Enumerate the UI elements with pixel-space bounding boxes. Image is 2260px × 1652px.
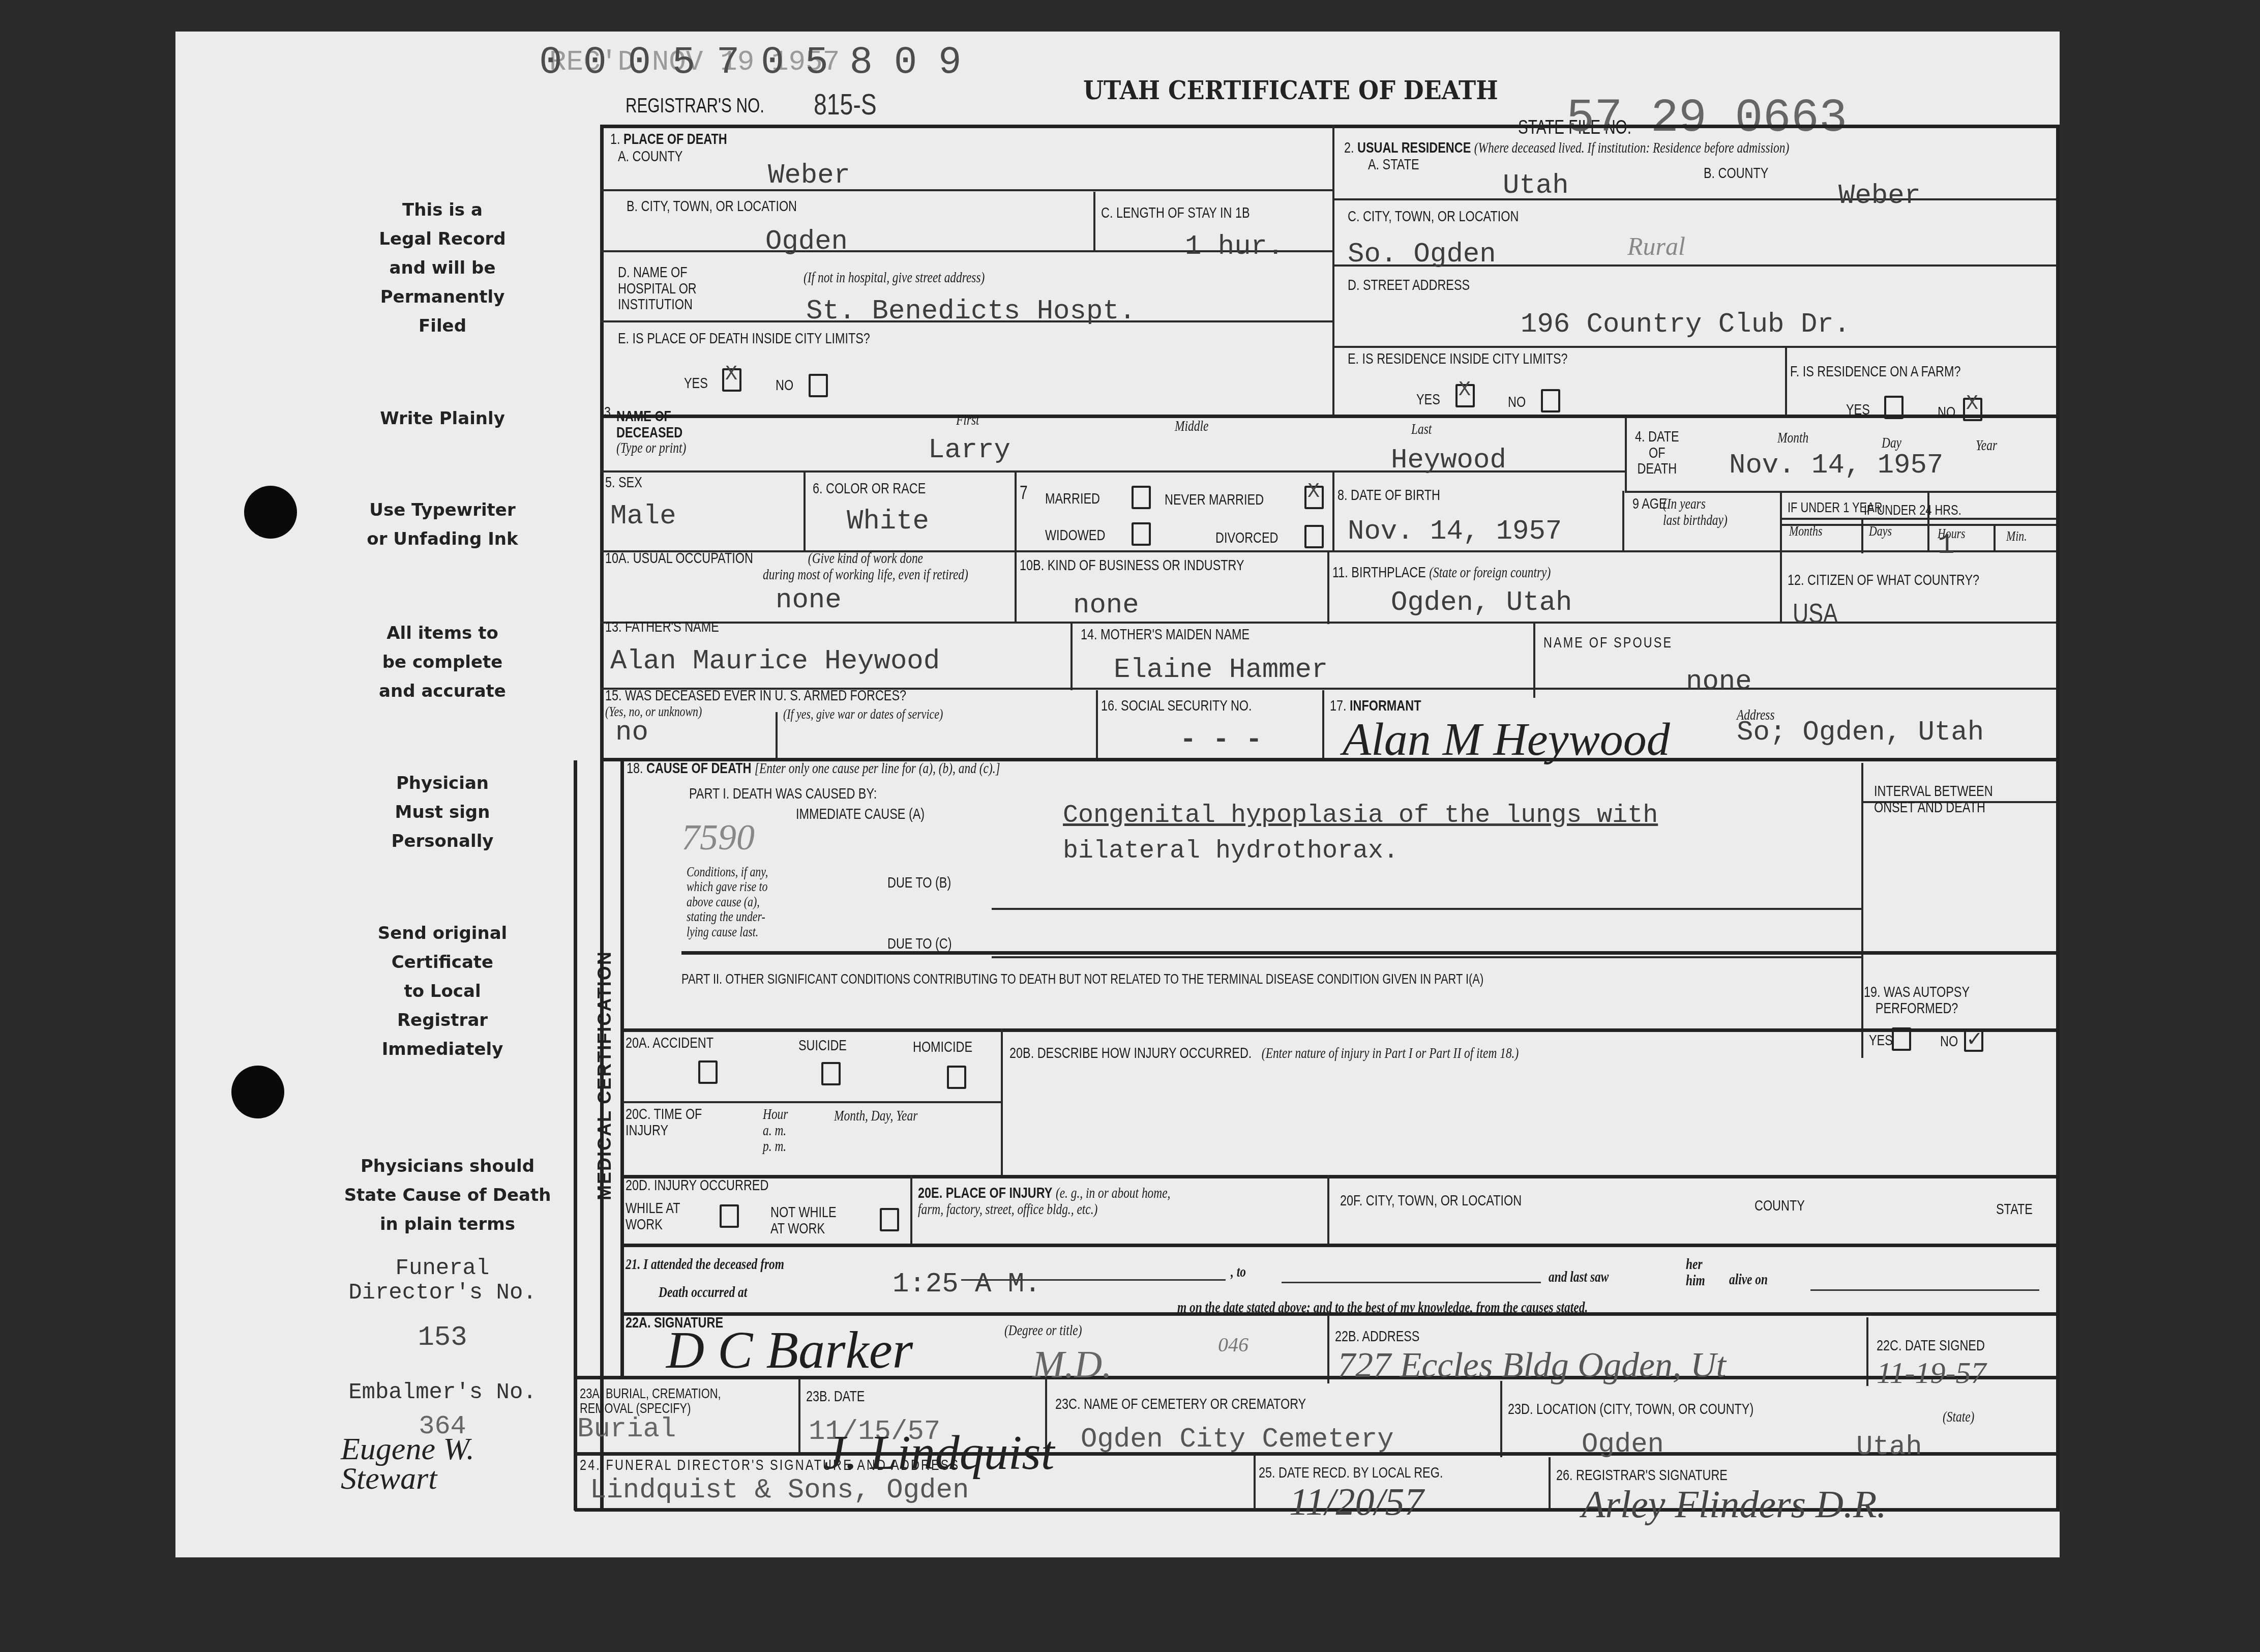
immediate-cause-line2: bilateral hydrothorax. xyxy=(1063,837,1399,866)
item11-label: 11. BIRTHPLACE (State or foreign country… xyxy=(1332,565,1551,581)
item6-label: 6. COLOR OR RACE xyxy=(813,481,926,497)
item3-label: 3. xyxy=(604,404,614,421)
item7-never-married-label: NEVER MARRIED xyxy=(1165,492,1264,508)
item21-death-occurred-label: Death occurred at xyxy=(659,1284,747,1301)
armed-forces-value: no xyxy=(615,717,648,748)
widowed-checkbox[interactable] xyxy=(1132,522,1151,546)
item2-inside-limits-no-checkbox[interactable] xyxy=(1541,389,1560,412)
item22b-label: 22b. ADDRESS xyxy=(1335,1329,1419,1345)
item2-farm-no-label: NO xyxy=(1938,404,1955,421)
item15-label: 15. WAS DECEASED EVER IN U. S. ARMED FOR… xyxy=(605,688,906,704)
item4-month-label: Month xyxy=(1777,430,1808,446)
item18-interval-label: INTERVAL BETWEEN ONSET AND DEATH xyxy=(1874,783,1993,815)
item20f-state-label: STATE xyxy=(1996,1201,2033,1218)
mother-maiden-name-value: Elaine Hammer xyxy=(1114,655,1328,686)
item22a-degree-label: (Degree or title) xyxy=(1004,1322,1082,1339)
note-legal-record: This is a Legal Record and will be Perma… xyxy=(315,196,570,341)
informant-address-value: So; Ogden, Utah xyxy=(1737,717,1984,748)
item18-due-b-label: DUE TO (b) xyxy=(887,875,951,891)
item1-inside-limits-label: e. IS PLACE OF DEATH INSIDE CITY LIMITS? xyxy=(618,331,870,347)
item9-months-label: Months xyxy=(1789,524,1823,539)
registrar-signature: Arley Flinders D.R. xyxy=(1582,1483,1886,1527)
note-write-plainly: Write Plainly xyxy=(315,404,570,433)
item1-city-value: Ogden xyxy=(765,226,848,257)
physician-degree-note: 046 xyxy=(1218,1333,1248,1356)
registrars-no-label: REGISTRAR'S NO. xyxy=(626,95,764,116)
item2-farm-yes-checkbox[interactable] xyxy=(1884,396,1904,419)
item21-her-him-label: her him xyxy=(1686,1256,1705,1288)
item1-county-value: Weber xyxy=(768,160,850,191)
note-all-items: All items to be complete and accurate xyxy=(315,619,570,706)
note-use-typewriter: Use Typewriter or Unfading Ink xyxy=(315,496,570,554)
item1-yes-label: YES xyxy=(684,375,708,392)
funeral-director-signature: J. Lindquist xyxy=(824,1424,1054,1481)
item5-label: 5. SEX xyxy=(605,475,642,491)
item16-label: 16. SOCIAL SECURITY NO. xyxy=(1101,698,1252,714)
item2-city-label: c. CITY, TOWN, OR LOCATION xyxy=(1348,209,1519,225)
item10a-label: 10a. USUAL OCCUPATION xyxy=(605,550,753,567)
autopsy-yes-checkbox[interactable] xyxy=(1892,1027,1911,1051)
divorced-checkbox[interactable] xyxy=(1304,525,1324,548)
item9-label-hint: (In years last birthday) xyxy=(1663,496,1728,528)
item20-homicide-label: HOMICIDE xyxy=(913,1039,972,1055)
autopsy-no-checkbox[interactable] xyxy=(1964,1028,1983,1052)
item23d-label: 23d. LOCATION (City, town, or county) xyxy=(1508,1401,1753,1418)
spouse-label: NAME OF SPOUSE xyxy=(1543,635,1673,651)
item19-label: 19. WAS AUTOPSY PERFORMED? xyxy=(1864,984,1970,1016)
item18-conditions-hint: Conditions, if any, which gave rise to a… xyxy=(687,865,768,939)
item10a-hint: (Give kind of work done during most of w… xyxy=(763,550,968,582)
item2-inside-yes-label: YES xyxy=(1416,392,1440,408)
item2-street-label: d. STREET ADDRESS xyxy=(1348,277,1470,293)
item7-divorced-label: DIVORCED xyxy=(1215,530,1278,546)
cause-code: 7590 xyxy=(681,816,755,859)
item20f-county-label: COUNTY xyxy=(1755,1198,1805,1214)
item18-due-c-label: DUE TO (c) xyxy=(887,936,952,952)
never-married-checkbox[interactable] xyxy=(1304,486,1324,509)
item20c-mdy-label: Month, Day, Year xyxy=(834,1108,917,1124)
item2-city-note: Rural xyxy=(1627,231,1685,261)
item20d-not-while-at-work-label: NOT WHILE AT WORK xyxy=(770,1204,837,1236)
item3-first-label: First xyxy=(956,412,979,428)
item1-stay-label: c. LENGTH OF STAY IN 1b xyxy=(1101,205,1250,221)
physician-address: 727 Eccles Bldg Ogden, Ut xyxy=(1337,1345,1726,1386)
date-received-value: 11/20/57 xyxy=(1289,1480,1424,1524)
item2-state-value: Utah xyxy=(1503,170,1569,201)
item18-immediate-label: IMMEDIATE CAUSE (a) xyxy=(796,806,925,822)
item18-part2-label: PART II. OTHER SIGNIFICANT CONDITIONS CO… xyxy=(681,971,1483,986)
date-of-birth-value: Nov. 14, 1957 xyxy=(1348,516,1562,547)
item7-married-label: MARRIED xyxy=(1045,491,1100,507)
age-hours-value: 1 xyxy=(1938,529,1955,562)
punch-hole-top xyxy=(244,486,297,539)
item20a-label: 20a. ACCIDENT xyxy=(626,1035,713,1051)
registrars-no: 815-S xyxy=(814,87,877,122)
item2-farm-no-checkbox[interactable] xyxy=(1963,398,1982,421)
item19-yes-label: YES xyxy=(1869,1032,1893,1049)
item23a-label: 23a. BURIAL, CREMATION, REMOVAL (Specify… xyxy=(580,1386,721,1416)
attended-to-line[interactable] xyxy=(1282,1282,1541,1283)
item3-label-hint: (Type or print) xyxy=(616,440,686,456)
item23c-label: 23c. NAME OF CEMETERY OR CREMATORY xyxy=(1055,1396,1306,1412)
burial-location-state: Utah xyxy=(1856,1432,1922,1463)
item9-under24-label: IF UNDER 24 HRS. xyxy=(1864,503,1961,517)
item2-heading: 2. USUAL RESIDENCE (Where deceased lived… xyxy=(1344,140,1789,156)
item25-label: 25. DATE RECD. BY LOCAL REG. xyxy=(1259,1465,1443,1481)
item2-farm-yes-label: YES xyxy=(1846,402,1870,418)
item2-inside-limits-label: e. IS RESIDENCE INSIDE CITY LIMITS? xyxy=(1348,351,1568,367)
accident-checkbox[interactable] xyxy=(698,1060,718,1084)
item20d-label: 20d. INJURY OCCURRED xyxy=(626,1177,768,1194)
citizenship-value: USA xyxy=(1793,598,1838,629)
alive-on-line[interactable] xyxy=(1810,1289,2039,1291)
business-value: none xyxy=(1073,590,1139,621)
funeral-director-no: 153 xyxy=(325,1322,559,1353)
page-title: UTAH CERTIFICATE OF DEATH xyxy=(1083,75,1498,105)
funeral-director-no-label: Funeral Director's No. xyxy=(325,1256,559,1305)
informant-signature: Alan M Heywood xyxy=(1343,712,1670,766)
item2-street-value: 196 Country Club Dr. xyxy=(1521,309,1850,340)
death-time-value: 1:25 A M. xyxy=(893,1269,1041,1300)
item20f-label: 20f. CITY, TOWN, OR LOCATION xyxy=(1340,1193,1522,1209)
cemetery-value: Ogden City Cemetery xyxy=(1081,1424,1394,1455)
serial-stamp-number: 0 0 0 5 7 0 5 8 0 9 xyxy=(539,41,961,84)
spouse-value: none xyxy=(1686,666,1752,697)
item1-hospital-hint: (If not in hospital, give street address… xyxy=(804,270,985,286)
item4-day-label: Day xyxy=(1882,435,1901,451)
item2-inside-no-label: NO xyxy=(1508,394,1526,410)
item2-county-value: Weber xyxy=(1838,181,1921,212)
item2-inside-limits-yes-checkbox[interactable] xyxy=(1455,384,1475,407)
married-checkbox[interactable] xyxy=(1132,486,1151,509)
item7-label: 7 xyxy=(1020,483,1028,503)
item3-middle-label: Middle xyxy=(1175,418,1208,434)
item20c-hour-label: Hour a. m. p. m. xyxy=(763,1106,788,1155)
note-cause-plain-terms: Physicians should State Cause of Death i… xyxy=(305,1152,590,1239)
deceased-last-name: Heywood xyxy=(1391,445,1506,476)
punch-hole-bottom xyxy=(231,1066,284,1118)
item2-city-value: So. Ogden xyxy=(1348,239,1496,270)
item23b-label: 23b. DATE xyxy=(806,1389,865,1405)
embalmer-no-label: Embalmer's No. xyxy=(325,1380,559,1405)
item1-county-label: a. COUNTY xyxy=(618,149,682,165)
item1-inside-limits-no-checkbox[interactable] xyxy=(809,374,828,397)
note-send-original: Send original Certificate to Local Regis… xyxy=(315,919,570,1064)
physician-signature: D C Barker xyxy=(666,1320,913,1380)
item2-state-label: a. STATE xyxy=(1368,157,1419,173)
date-signed-value: 11-19-57 xyxy=(1877,1355,1986,1391)
disposition-value: Burial xyxy=(577,1414,676,1445)
father-name-value: Alan Maurice Heywood xyxy=(610,646,940,677)
item19-no-label: NO xyxy=(1940,1034,1958,1050)
birthplace-value: Ogden, Utah xyxy=(1391,587,1572,618)
item3-label-text: NAME OF DECEASED xyxy=(616,408,682,440)
item20-suicide-label: SUICIDE xyxy=(798,1038,847,1054)
item2-county-label: b. COUNTY xyxy=(1704,165,1768,182)
item4-year-label: Year xyxy=(1976,437,1997,454)
item18-part1-label: PART I. DEATH WAS CAUSED BY: xyxy=(689,786,877,802)
item1-hospital-value: St. Benedicts Hospt. xyxy=(806,296,1136,327)
item1-heading: 1. PLACE OF DEATH xyxy=(610,131,727,147)
item1-city-label: b. CITY, TOWN, OR LOCATION xyxy=(627,198,797,215)
item4-label: 4. DATE OF DEATH xyxy=(1635,429,1679,477)
item21-alive-on-label: alive on xyxy=(1729,1272,1768,1288)
item1-hospital-label: d. NAME OF HOSPITAL OR INSTITUTION xyxy=(618,264,697,313)
item21-last-saw-label: and last saw xyxy=(1549,1269,1609,1285)
item21-label: 21. I attended the deceased from xyxy=(626,1256,784,1273)
sex-value: Male xyxy=(610,501,676,532)
item15-hint-b: (If yes, give war or dates of service) xyxy=(783,707,943,722)
item13-label: 13. FATHER'S NAME xyxy=(605,619,719,635)
item21-text2: m on the date stated above; and to the b… xyxy=(1177,1300,1588,1316)
item2-farm-label: f. IS RESIDENCE ON A FARM? xyxy=(1790,364,1960,380)
item20b-label: 20b. DESCRIBE HOW INJURY OCCURRED. (Ente… xyxy=(1009,1045,1519,1061)
item1-no-label: NO xyxy=(776,377,793,394)
note-physician-sign: Physician Must sign Personally xyxy=(315,769,570,856)
social-security-value: - - - xyxy=(1180,725,1262,756)
item22c-label: 22c. DATE SIGNED xyxy=(1877,1338,1985,1354)
item12-label: 12. CITIZEN OF WHAT COUNTRY? xyxy=(1788,572,1979,588)
item26-label: 26. REGISTRAR'S SIGNATURE xyxy=(1556,1467,1728,1484)
while-at-work-checkbox[interactable] xyxy=(720,1204,739,1228)
embalmer-signature: Eugene W. Stewart xyxy=(341,1434,509,1493)
race-value: White xyxy=(847,506,929,537)
item8-label: 8. DATE OF BIRTH xyxy=(1337,487,1440,504)
not-while-at-work-checkbox[interactable] xyxy=(880,1208,899,1231)
item20d-while-at-work-label: WHILE AT WORK xyxy=(626,1200,680,1232)
item21-to-label: , to xyxy=(1231,1264,1246,1280)
item1-stay-value: 1 hur. xyxy=(1185,231,1284,262)
homicide-checkbox[interactable] xyxy=(947,1066,966,1089)
item9-min-label: Min. xyxy=(2006,529,2027,544)
burial-location-city: Ogden xyxy=(1582,1429,1664,1460)
state-file-no: 57 29 0663 xyxy=(1566,92,1847,145)
immediate-cause-line1: Congenital hypoplasia of the lungs with xyxy=(1063,801,1658,830)
occupation-value: none xyxy=(776,585,842,616)
item17-label: 17. INFORMANT xyxy=(1330,698,1421,714)
item20c-label: 20c. TIME OF INJURY xyxy=(626,1106,702,1138)
item18-label: 18. CAUSE OF DEATH [Enter only one cause… xyxy=(627,760,1000,777)
suicide-checkbox[interactable] xyxy=(821,1062,841,1085)
item9-days-label: Days xyxy=(1869,524,1892,539)
item7-widowed-label: WIDOWED xyxy=(1045,527,1105,544)
physician-degree: M.D. xyxy=(1032,1343,1112,1387)
item14-label: 14. MOTHER'S MAIDEN NAME xyxy=(1081,627,1250,643)
item1-inside-limits-yes-checkbox[interactable] xyxy=(722,368,741,392)
deceased-first-name: Larry xyxy=(928,435,1010,466)
date-of-death-value: Nov. 14, 1957 xyxy=(1729,450,1943,481)
item10b-label: 10b. KIND OF BUSINESS OR INDUSTRY xyxy=(1020,557,1244,574)
medical-certification-label: MEDICAL CERTIFICATION xyxy=(594,951,615,1200)
item23d-state-label: (State) xyxy=(1943,1409,1974,1425)
item20e-label: 20e. PLACE OF INJURY (e. g., in or about… xyxy=(918,1185,1170,1217)
item3-last-label: Last xyxy=(1411,421,1432,437)
item9-label: 9 AGE xyxy=(1632,496,1667,512)
